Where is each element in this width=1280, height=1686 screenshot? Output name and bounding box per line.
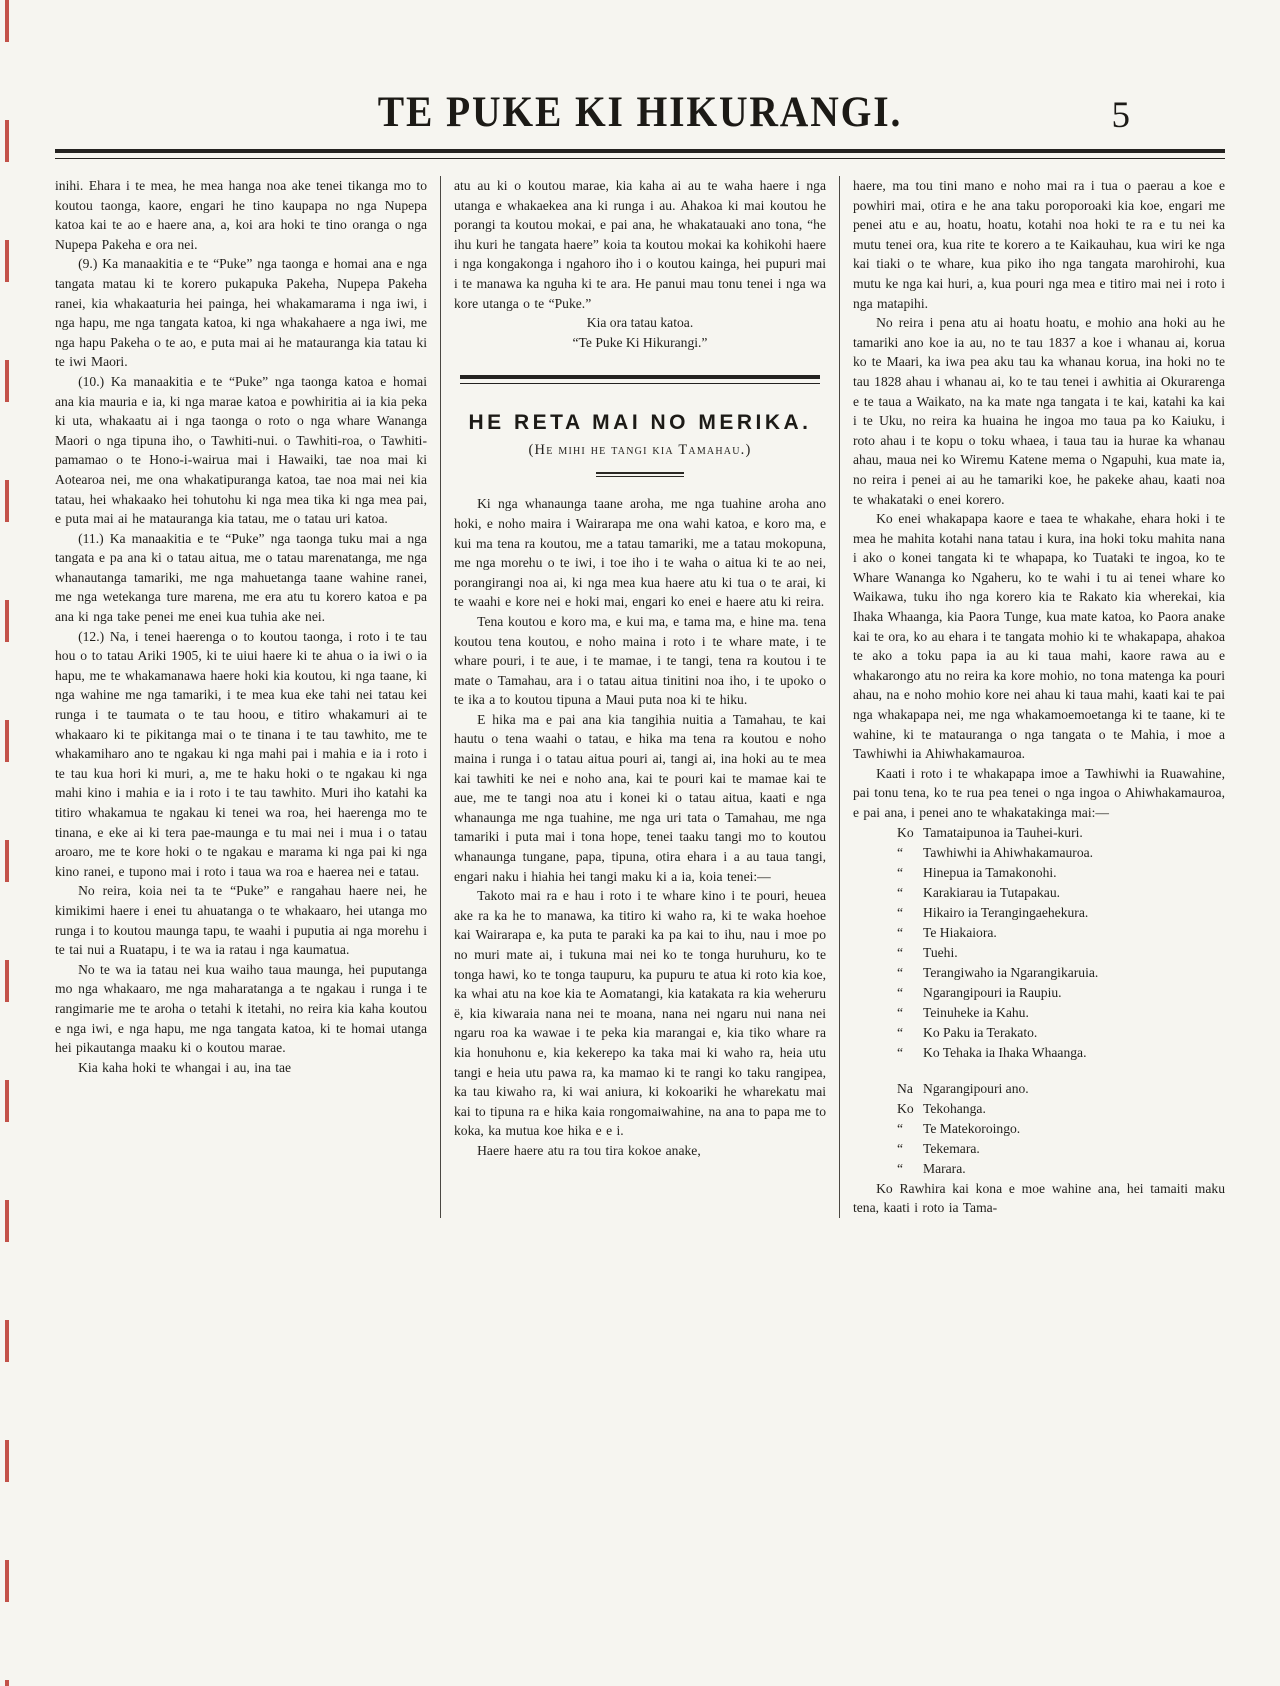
paragraph: Takoto mai ra e hau i roto i te whare ki… bbox=[454, 886, 826, 1141]
paragraph: Ki nga whanaunga taane aroha, me nga tua… bbox=[454, 494, 826, 612]
spacer bbox=[853, 1063, 1225, 1079]
paragraph: Haere haere atu ra tou tira kokoe anake, bbox=[454, 1141, 826, 1161]
genealogy-prefix: “ bbox=[897, 943, 923, 963]
genealogy-prefix: “ bbox=[897, 1139, 923, 1159]
genealogy-name: Te Matekoroingo. bbox=[923, 1121, 1020, 1136]
rule-thin bbox=[460, 383, 820, 384]
genealogy-prefix: “ bbox=[897, 963, 923, 983]
newspaper-title: TE PUKE KI HIKURANGI. bbox=[102, 88, 1178, 137]
genealogy-prefix: “ bbox=[897, 1043, 923, 1063]
genealogy-name: Tamataipunoa ia Tauhei-kuri. bbox=[923, 825, 1083, 840]
column-3: haere, ma tou tini mano e noho mai ra i … bbox=[839, 176, 1225, 1218]
genealogy-prefix: Na bbox=[897, 1079, 923, 1099]
column-1: inihi. Ehara i te mea, he mea hanga noa … bbox=[55, 176, 440, 1218]
article-subtitle: (He mihi he tangi kia Tamahau.) bbox=[454, 442, 826, 459]
masthead-rule bbox=[55, 149, 1225, 159]
paragraph: (10.) Ka manaakitia e te “Puke” nga taon… bbox=[55, 372, 427, 529]
centered-line: Kia ora tatau katoa. bbox=[454, 313, 826, 333]
paragraph: inihi. Ehara i te mea, he mea hanga noa … bbox=[55, 176, 427, 254]
genealogy-line: KoTekohanga. bbox=[897, 1099, 1225, 1119]
genealogy-line: “Tekemara. bbox=[897, 1139, 1225, 1159]
paragraph: (12.) Na, i tenei haerenga o to koutou t… bbox=[55, 627, 427, 882]
page-number: 5 bbox=[1112, 94, 1131, 137]
genealogy-line: “Tawhiwhi ia Ahiwhakamauroa. bbox=[897, 843, 1225, 863]
genealogy-list: KoTamataipunoa ia Tauhei-kuri.“Tawhiwhi … bbox=[853, 823, 1225, 1063]
newspaper-page: TE PUKE KI HIKURANGI. 5 inihi. Ehara i t… bbox=[0, 0, 1280, 1218]
genealogy-prefix: “ bbox=[897, 983, 923, 1003]
paragraph: No reira, koia nei ta te “Puke” e rangah… bbox=[55, 881, 427, 959]
genealogy-name: Terangiwaho ia Ngarangikaruia. bbox=[923, 965, 1098, 980]
genealogy-line: KoTamataipunoa ia Tauhei-kuri. bbox=[897, 823, 1225, 843]
genealogy-prefix: “ bbox=[897, 843, 923, 863]
centered-line: “Te Puke Ki Hikurangi.” bbox=[454, 333, 826, 353]
genealogy-line: “Te Matekoroingo. bbox=[897, 1119, 1225, 1139]
genealogy-prefix: “ bbox=[897, 883, 923, 903]
genealogy-line: “Hinepua ia Tamakonohi. bbox=[897, 863, 1225, 883]
genealogy-prefix: “ bbox=[897, 1119, 923, 1139]
masthead: TE PUKE KI HIKURANGI. 5 bbox=[55, 0, 1225, 137]
genealogy-name: Tuehi. bbox=[923, 945, 958, 960]
genealogy-line: “Karakiarau ia Tutapakau. bbox=[897, 883, 1225, 903]
genealogy-prefix: “ bbox=[897, 903, 923, 923]
genealogy-name: Marara. bbox=[923, 1161, 966, 1176]
genealogy-name: Karakiarau ia Tutapakau. bbox=[923, 885, 1060, 900]
genealogy-name: Ko Paku ia Terakato. bbox=[923, 1025, 1037, 1040]
genealogy-line: “Hikairo ia Terangingaehekura. bbox=[897, 903, 1225, 923]
genealogy-line: “Tuehi. bbox=[897, 943, 1225, 963]
rule-thick bbox=[460, 375, 820, 379]
genealogy-name: Tekohanga. bbox=[923, 1101, 986, 1116]
genealogy-prefix: “ bbox=[897, 1023, 923, 1043]
column-2: atu au ki o koutou marae, kia kaha ai au… bbox=[440, 176, 839, 1218]
genealogy-line: “Te Hiakaiora. bbox=[897, 923, 1225, 943]
columns: inihi. Ehara i te mea, he mea hanga noa … bbox=[55, 176, 1225, 1218]
paragraph: E hika ma e pai ana kia tangihia nuitia … bbox=[454, 710, 826, 886]
paragraph: haere, ma tou tini mano e noho mai ra i … bbox=[853, 176, 1225, 313]
genealogy-line: “Ngarangipouri ia Raupiu. bbox=[897, 983, 1225, 1003]
article-title: HE RETA MAI NO MERIKA. bbox=[454, 411, 826, 435]
genealogy-list: NaNgarangipouri ano.KoTekohanga.“Te Mate… bbox=[853, 1079, 1225, 1179]
genealogy-name: Ngarangipouri ano. bbox=[923, 1081, 1029, 1096]
genealogy-line: “Ko Tehaka ia Ihaka Whaanga. bbox=[897, 1043, 1225, 1063]
paragraph: (9.) Ka manaakitia e te “Puke” nga taong… bbox=[55, 254, 427, 372]
genealogy-name: Tawhiwhi ia Ahiwhakamauroa. bbox=[923, 845, 1093, 860]
genealogy-name: Ko Tehaka ia Ihaka Whaanga. bbox=[923, 1045, 1086, 1060]
paragraph: Kaati i roto i te whakapapa imoe a Tawhi… bbox=[853, 764, 1225, 823]
paragraph: Tena koutou e koro ma, e kui ma, e tama … bbox=[454, 612, 826, 710]
paragraph: Ko Rawhira kai kona e moe wahine ana, he… bbox=[853, 1179, 1225, 1218]
paragraph: Ko enei whakapapa kaore e taea te whakah… bbox=[853, 509, 1225, 764]
genealogy-name: Hikairo ia Terangingaehekura. bbox=[923, 905, 1088, 920]
genealogy-prefix: Ko bbox=[897, 1099, 923, 1119]
section-divider bbox=[460, 375, 820, 384]
paragraph: atu au ki o koutou marae, kia kaha ai au… bbox=[454, 176, 826, 313]
genealogy-prefix: “ bbox=[897, 863, 923, 883]
genealogy-line: NaNgarangipouri ano. bbox=[897, 1079, 1225, 1099]
paragraph: No reira i pena atu ai hoatu hoatu, e mo… bbox=[853, 313, 1225, 509]
genealogy-name: Te Hiakaiora. bbox=[923, 925, 997, 940]
genealogy-name: Hinepua ia Tamakonohi. bbox=[923, 865, 1057, 880]
genealogy-prefix: “ bbox=[897, 1159, 923, 1179]
paragraph: Kia kaha hoki te whangai i au, ina tae bbox=[55, 1058, 427, 1078]
paragraph: (11.) Ka manaakitia e te “Puke” nga taon… bbox=[55, 529, 427, 627]
genealogy-prefix: “ bbox=[897, 1003, 923, 1023]
paragraph: No te wa ia tatau nei kua waiho taua mau… bbox=[55, 960, 427, 1058]
genealogy-prefix: Ko bbox=[897, 823, 923, 843]
genealogy-name: Teinuheke ia Kahu. bbox=[923, 1005, 1029, 1020]
genealogy-name: Tekemara. bbox=[923, 1141, 980, 1156]
genealogy-name: Ngarangipouri ia Raupiu. bbox=[923, 985, 1062, 1000]
short-rule bbox=[596, 472, 684, 477]
genealogy-line: “Teinuheke ia Kahu. bbox=[897, 1003, 1225, 1023]
genealogy-line: “Marara. bbox=[897, 1159, 1225, 1179]
genealogy-line: “Terangiwaho ia Ngarangikaruia. bbox=[897, 963, 1225, 983]
genealogy-line: “Ko Paku ia Terakato. bbox=[897, 1023, 1225, 1043]
rule-thin bbox=[55, 158, 1225, 159]
rule-thick bbox=[55, 149, 1225, 153]
genealogy-prefix: “ bbox=[897, 923, 923, 943]
